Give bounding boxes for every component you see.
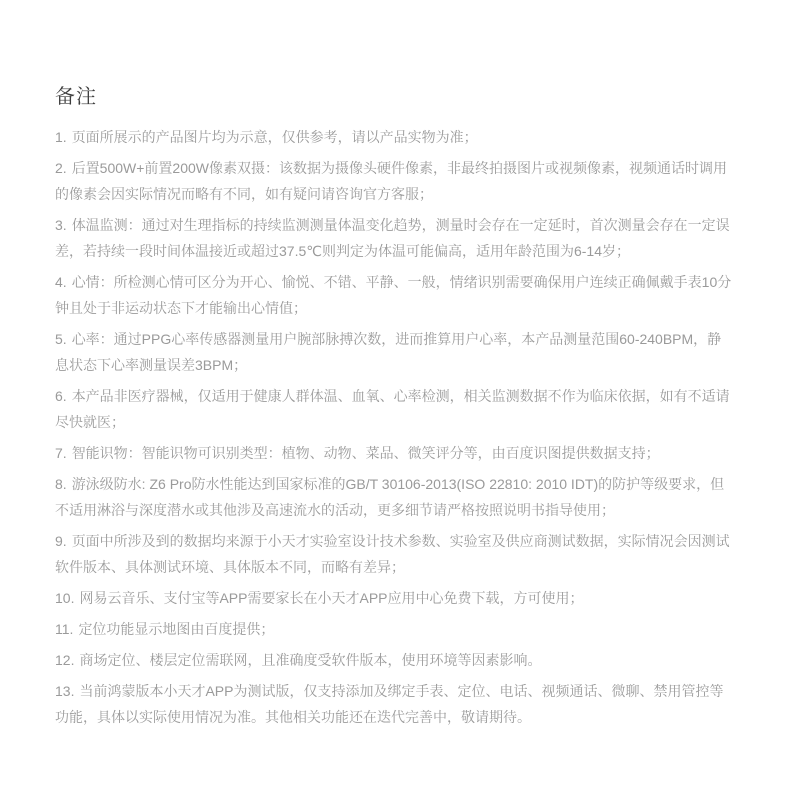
note-text: 心情：所检测心情可区分为开心、愉悦、不错、平静、一般，情绪识别需要确保用户连续正…	[55, 274, 731, 316]
section-title: 备注	[55, 84, 735, 110]
note-text: 心率：通过PPG心率传感器测量用户腕部脉搏次数，进而推算用户心率，本产品测量范围…	[55, 331, 721, 373]
note-item: 13.当前鸿蒙版本小天才APP为测试版，仅支持添加及绑定手表、定位、电话、视频通…	[55, 678, 735, 730]
note-number: 9.	[55, 533, 67, 549]
note-text: 网易云音乐、支付宝等APP需要家长在小天才APP应用中心免费下载，方可使用；	[79, 590, 583, 606]
note-item: 3.体温监测：通过对生理指标的持续监测测量体温变化趋势，测量时会存在一定延时，首…	[55, 212, 735, 264]
note-item: 8.游泳级防水: Z6 Pro防水性能达到国家标准的GB/T 30106-201…	[55, 471, 735, 523]
note-text: 本产品非医疗器械，仅适用于健康人群体温、血氧、心率检测，相关监测数据不作为临床依…	[55, 388, 730, 430]
note-number: 11.	[55, 621, 73, 637]
note-item: 4.心情：所检测心情可区分为开心、愉悦、不错、平静、一般，情绪识别需要确保用户连…	[55, 269, 735, 321]
note-item: 12.商场定位、楼层定位需联网，且准确度受软件版本，使用环境等因素影响。	[55, 647, 735, 673]
note-number: 2.	[55, 160, 67, 176]
note-item: 6.本产品非医疗器械，仅适用于健康人群体温、血氧、心率检测，相关监测数据不作为临…	[55, 383, 735, 435]
note-item: 1.页面所展示的产品图片均为示意，仅供参考，请以产品实物为准；	[55, 124, 735, 150]
note-item: 9.页面中所涉及到的数据均来源于小天才实验室设计技术参数、实验室及供应商测试数据…	[55, 528, 735, 580]
note-item: 10.网易云音乐、支付宝等APP需要家长在小天才APP应用中心免费下载，方可使用…	[55, 585, 735, 611]
note-item: 11.定位功能显示地图由百度提供；	[55, 616, 735, 642]
note-text: 当前鸿蒙版本小天才APP为测试版，仅支持添加及绑定手表、定位、电话、视频通话、微…	[55, 683, 723, 725]
note-number: 3.	[55, 217, 67, 233]
note-item: 7.智能识物：智能识物可识别类型：植物、动物、菜品、微笑评分等，由百度识图提供数…	[55, 440, 735, 466]
note-text: 游泳级防水: Z6 Pro防水性能达到国家标准的GB/T 30106-2013(…	[55, 476, 724, 518]
note-text: 页面中所涉及到的数据均来源于小天才实验室设计技术参数、实验室及供应商测试数据，实…	[55, 533, 730, 575]
note-item: 2.后置500W+前置200W像素双摄：该数据为摄像头硬件像素，非最终拍摄图片或…	[55, 155, 735, 207]
note-number: 5.	[55, 331, 67, 347]
note-text: 页面所展示的产品图片均为示意，仅供参考，请以产品实物为准；	[72, 129, 478, 145]
note-number: 1.	[55, 129, 67, 145]
note-number: 12.	[55, 652, 74, 668]
note-text: 后置500W+前置200W像素双摄：该数据为摄像头硬件像素，非最终拍摄图片或视频…	[55, 160, 727, 202]
note-number: 6.	[55, 388, 67, 404]
note-text: 定位功能显示地图由百度提供；	[78, 621, 274, 637]
note-text: 体温监测：通过对生理指标的持续监测测量体温变化趋势，测量时会存在一定延时，首次测…	[55, 217, 730, 259]
note-number: 7.	[55, 445, 67, 461]
note-number: 13.	[55, 683, 74, 699]
note-text: 智能识物：智能识物可识别类型：植物、动物、菜品、微笑评分等，由百度识图提供数据支…	[72, 445, 660, 461]
note-number: 8.	[55, 476, 67, 492]
notes-section: 备注 1.页面所展示的产品图片均为示意，仅供参考，请以产品实物为准； 2.后置5…	[0, 0, 790, 730]
note-item: 5.心率：通过PPG心率传感器测量用户腕部脉搏次数，进而推算用户心率，本产品测量…	[55, 326, 735, 378]
note-number: 10.	[55, 590, 74, 606]
note-number: 4.	[55, 274, 67, 290]
note-text: 商场定位、楼层定位需联网，且准确度受软件版本，使用环境等因素影响。	[79, 652, 541, 668]
